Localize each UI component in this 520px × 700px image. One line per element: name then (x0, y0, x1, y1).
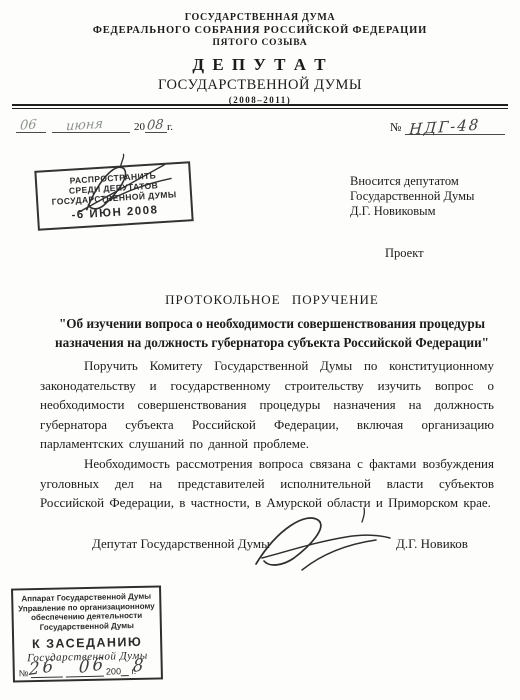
letterhead-divider-rule (12, 104, 508, 109)
signatory-role: Депутат Государственной Думы (92, 536, 270, 552)
document-type-title: ПРОТОКОЛЬНОЕ ПОРУЧЕНИЕ (40, 292, 504, 308)
handwritten-session-number: 26 (29, 656, 57, 680)
apparatus-stamp: Аппарат Государственной Думы Управление … (11, 585, 163, 682)
session-year-printed: 200 (106, 666, 121, 676)
deputy-signature-scribble-icon (248, 506, 398, 584)
body-paragraph-1: Поручить Комитету Государственной Думы п… (40, 356, 494, 454)
document-number-line: №НДГ-48 (390, 120, 505, 135)
submitted-by-line3: Д.Г. Новиковым (350, 204, 474, 219)
org-name-line2: ФЕДЕРАЛЬНОГО СОБРАНИЯ РОССИЙСКОЙ ФЕДЕРАЦ… (0, 25, 520, 36)
number-sign: № (390, 120, 401, 134)
date-year-blank: 08 (145, 118, 167, 133)
handwritten-day: 06 (19, 117, 37, 133)
distribution-stamp: РАСПРОСТРАНИТЬ СРЕДИ ДЕПУТАТОВ ГОСУДАРСТ… (34, 161, 193, 230)
handwritten-year: 08 (146, 117, 164, 133)
document-body: Поручить Комитету Государственной Думы п… (40, 356, 494, 513)
handwritten-session-year: 8 (132, 655, 146, 677)
scanned-document-page: ГОСУДАРСТВЕННАЯ ДУМА ФЕДЕРАЛЬНОГО СОБРАН… (0, 0, 520, 700)
deputy-title: Д Е П У Т А Т (0, 55, 520, 75)
submitted-by-line1: Вносится депутатом (350, 174, 474, 189)
session-stamp-number-row: № 200 г. 26 06 8 (15, 664, 161, 678)
letterhead: ГОСУДАРСТВЕННАЯ ДУМА ФЕДЕРАЛЬНОГО СОБРАН… (0, 12, 520, 105)
handwritten-month: июня (66, 117, 104, 135)
submitted-by-line2: Государственной Думы (350, 189, 474, 204)
submitted-by-block: Вносится депутатом Государственной Думы … (350, 174, 474, 219)
document-subject-title: "Об изучении вопроса о необходимости сов… (40, 314, 504, 352)
year-suffix: г. (167, 121, 173, 133)
year-prefix: 20 (134, 121, 145, 133)
handwritten-session-month: 06 (78, 654, 106, 678)
handwritten-document-number: НДГ-48 (409, 115, 481, 138)
date-month-blank: июня (52, 118, 130, 133)
draft-label: Проект (385, 246, 424, 261)
convocation-line: ПЯТОГО СОЗЫВА (0, 38, 520, 48)
session-number-sign: № (19, 668, 29, 678)
session-year-blank (121, 665, 129, 676)
body-paragraph-2: Необходимость рассмотрения вопроса связа… (40, 454, 494, 513)
signatory-name: Д.Г. Новиков (396, 536, 468, 552)
number-blank: НДГ-48 (405, 120, 505, 135)
date-line: 06июня2008г. (16, 118, 173, 133)
date-day-blank: 06 (16, 118, 46, 133)
deputy-subtitle: ГОСУДАРСТВЕННОЙ ДУМЫ (0, 77, 520, 94)
org-name-line1: ГОСУДАРСТВЕННАЯ ДУМА (0, 12, 520, 23)
